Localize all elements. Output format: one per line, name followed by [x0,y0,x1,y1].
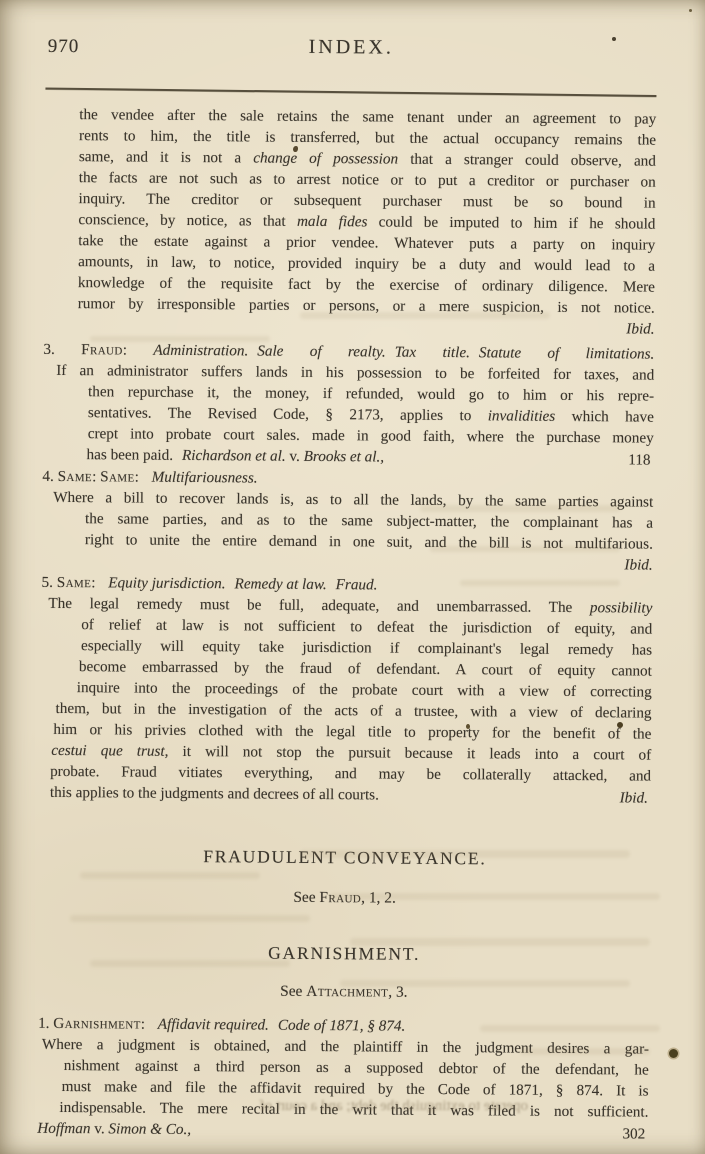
ink-speck [669,1049,678,1058]
page-reference: Ibid. [620,787,648,808]
text-run: sentatives. The Revised Code, § 2173, ap… [88,404,488,424]
text-run: , 3. [388,984,407,1001]
text-run: 3. [43,341,81,358]
text-run: Sale of realty. [257,343,386,361]
text-run: could be imputed to him if he should [367,213,655,232]
text-run: cestui que trust [51,742,165,760]
section-heading-fraudulent-conveyance-text: FRAUDULENT CONVEYANCE. [39,843,650,872]
cross-reference-see-attachment-text: See Attachment, 3. [38,979,649,1005]
text-run: of relief at law is not sufficient to de… [81,616,652,637]
text-run: same, and it is not a [79,148,253,166]
section-heading-garnishment-text: GARNISHMENT. [39,939,650,968]
text-run: which have [555,408,654,426]
text-run: Fraud. [336,576,378,593]
text-run: : [135,469,143,486]
text-run: Ibid. [624,556,652,573]
header-rule [45,88,656,97]
text-run: Fraud [319,889,361,906]
page-reference: 302 [622,1123,645,1144]
fraud-entry-3-line-6: has been paid.Richardson et al. v. Brook… [87,444,654,469]
text-run: Same [57,574,92,591]
garnishment-entry-1: 1. Garnishment: Affidavit required.Code … [37,1013,649,1144]
fraud-entry-5: 5. Same: Equity jurisdiction.Remedy at l… [40,572,653,808]
section-heading-garnishment: GARNISHMENT. [39,939,650,968]
text-run: , 1, 2. [361,889,396,906]
text-run: Simon & Co., [108,1120,191,1138]
text-run: then repurchase it, the money, if refund… [88,383,654,404]
text-run: 1. [38,1015,53,1032]
page-title: INDEX. [46,34,657,62]
text-run: Code of 1871, § 874. [278,1017,406,1035]
text-run: them, but in the investigation of the ac… [56,700,652,722]
text-run: rumor by irresponsible parties or person… [78,295,655,317]
text-run: Attachment [306,983,388,1001]
text-run: v. [286,448,304,465]
text-run: Ibid. [626,320,654,337]
text-run: possibility [590,599,653,616]
fraud-entry-5-line-11: this applies to the judgments and decree… [50,782,651,808]
text-run: Statute of limitations. [479,344,655,362]
ink-speck [689,9,692,12]
text-run: inquiry. The creditor or subsequent purc… [79,190,656,212]
text-run: indispensable. The mere recital in the w… [59,1099,648,1121]
text-run: Garnishment [53,1015,141,1033]
text-run: See [293,889,319,906]
text-run: become embarrassed by the fraud of defen… [79,658,652,679]
text-run: : [141,1016,149,1033]
text-run: The legal remedy must be full, adequate,… [48,595,590,616]
text-run: Hoffman [37,1120,90,1137]
text-run: Equity jurisdiction. [108,574,225,592]
text-run: Remedy at law. [235,575,327,593]
text-run: If an administrator suffers lands in his… [56,362,654,384]
text-run: 118 [628,451,650,468]
text-run: probate. Fraud vitiates everything, and … [50,763,651,785]
fraud-entry-3: 3. Fraud: Administration.Sale of realty.… [43,339,655,470]
text-run: : [91,574,99,591]
text-run: Administration. [153,342,248,360]
text-run: inquire into the proceedings of the prob… [77,679,652,701]
fraud-entry-4: 4. Same: Same: Multifariousness.Where a … [42,466,654,576]
text-run: : [123,341,154,358]
text-run: invalidities [488,407,556,425]
text-run: that a stranger could observe, and [398,151,656,170]
running-header: 970 INDEX. [46,34,657,69]
text-run: especially will equity take jurisdiction… [81,637,652,658]
text-run: v. [90,1120,108,1137]
book-page: 970 INDEX. the vendee after the sale ret… [0,0,705,1154]
text-run: : [92,468,100,485]
text-run: conscience, by notice, as that [78,211,297,230]
text-run: rents to him, the title is transferred, … [79,127,656,149]
text-run: change of possession [253,149,398,167]
text-run: must make and file the affidavit require… [62,1078,649,1100]
text-run: 302 [622,1125,645,1142]
text-run: crept into probate court sales. made in … [88,425,654,446]
section-heading-fraudulent-conveyance: FRAUDULENT CONVEYANCE. [39,843,650,872]
text-run: Fraud [81,341,123,358]
text-run: this applies to the judgments and decree… [50,784,379,804]
text-run: mala fides [297,213,368,231]
text-run: nishment against a third person as a sup… [64,1057,649,1079]
text-run: FRAUDULENT CONVEYANCE. [203,846,486,868]
page-reference: 118 [628,449,650,470]
text-run: GARNISHMENT. [268,943,420,964]
text-run: Same [100,468,135,485]
text-run: take the estate against a prior vendee. … [78,232,655,254]
text-run: him or his privies clothed with the lega… [53,721,651,743]
text-run: amounts, in law, to notice, provided inq… [78,253,655,275]
text-run: the vendee after the sale retains the sa… [79,106,656,128]
garnishment-entry-1-line-6: Hoffman v. Simon & Co.,302 [37,1118,648,1144]
text-run: Richardson et al. [182,447,286,465]
text-run: Same [58,468,93,485]
text-run: knowledge of the requisite fact by the e… [78,274,655,296]
text-run: the facts are not such as to arrest noti… [79,169,656,191]
text-run: the same parties, and as to the same sub… [85,510,653,531]
fraud-entry-2-continuation: the vendee after the sale retains the sa… [44,104,657,340]
text-run: Tax title. [395,344,470,362]
fraud-entry-2-continuation-line-11: Ibid. [78,314,655,340]
text-run: right to unite the entire demand in one … [85,531,653,552]
cross-reference-see-attachment: See Attachment, 3. [38,979,649,1005]
text-run: , it will not stop the pursuit because i… [165,743,652,764]
index-entries: the vendee after the sale retains the sa… [37,104,656,1144]
page-content: 970 INDEX. the vendee after the sale ret… [37,0,657,1144]
text-run: Where a bill to recover lands is, as to … [53,489,653,511]
text-run: See [280,983,306,1000]
cross-reference-see-fraud-text: See Fraud, 1, 2. [39,885,650,911]
text-run: Brooks et al., [304,448,385,466]
text-run: has been paid. [87,446,174,464]
text-run: 4. [42,468,57,485]
cross-reference-see-fraud: See Fraud, 1, 2. [39,885,650,911]
text-run: Affidavit required. [158,1016,269,1034]
text-run: Where a judgment is obtained, and the pl… [42,1036,649,1058]
text-run: 5. [42,574,57,591]
text-run: Ibid. [620,789,648,806]
fraud-entry-4-line-5: Ibid. [85,550,653,575]
text-run: Multifariousness. [152,469,258,487]
